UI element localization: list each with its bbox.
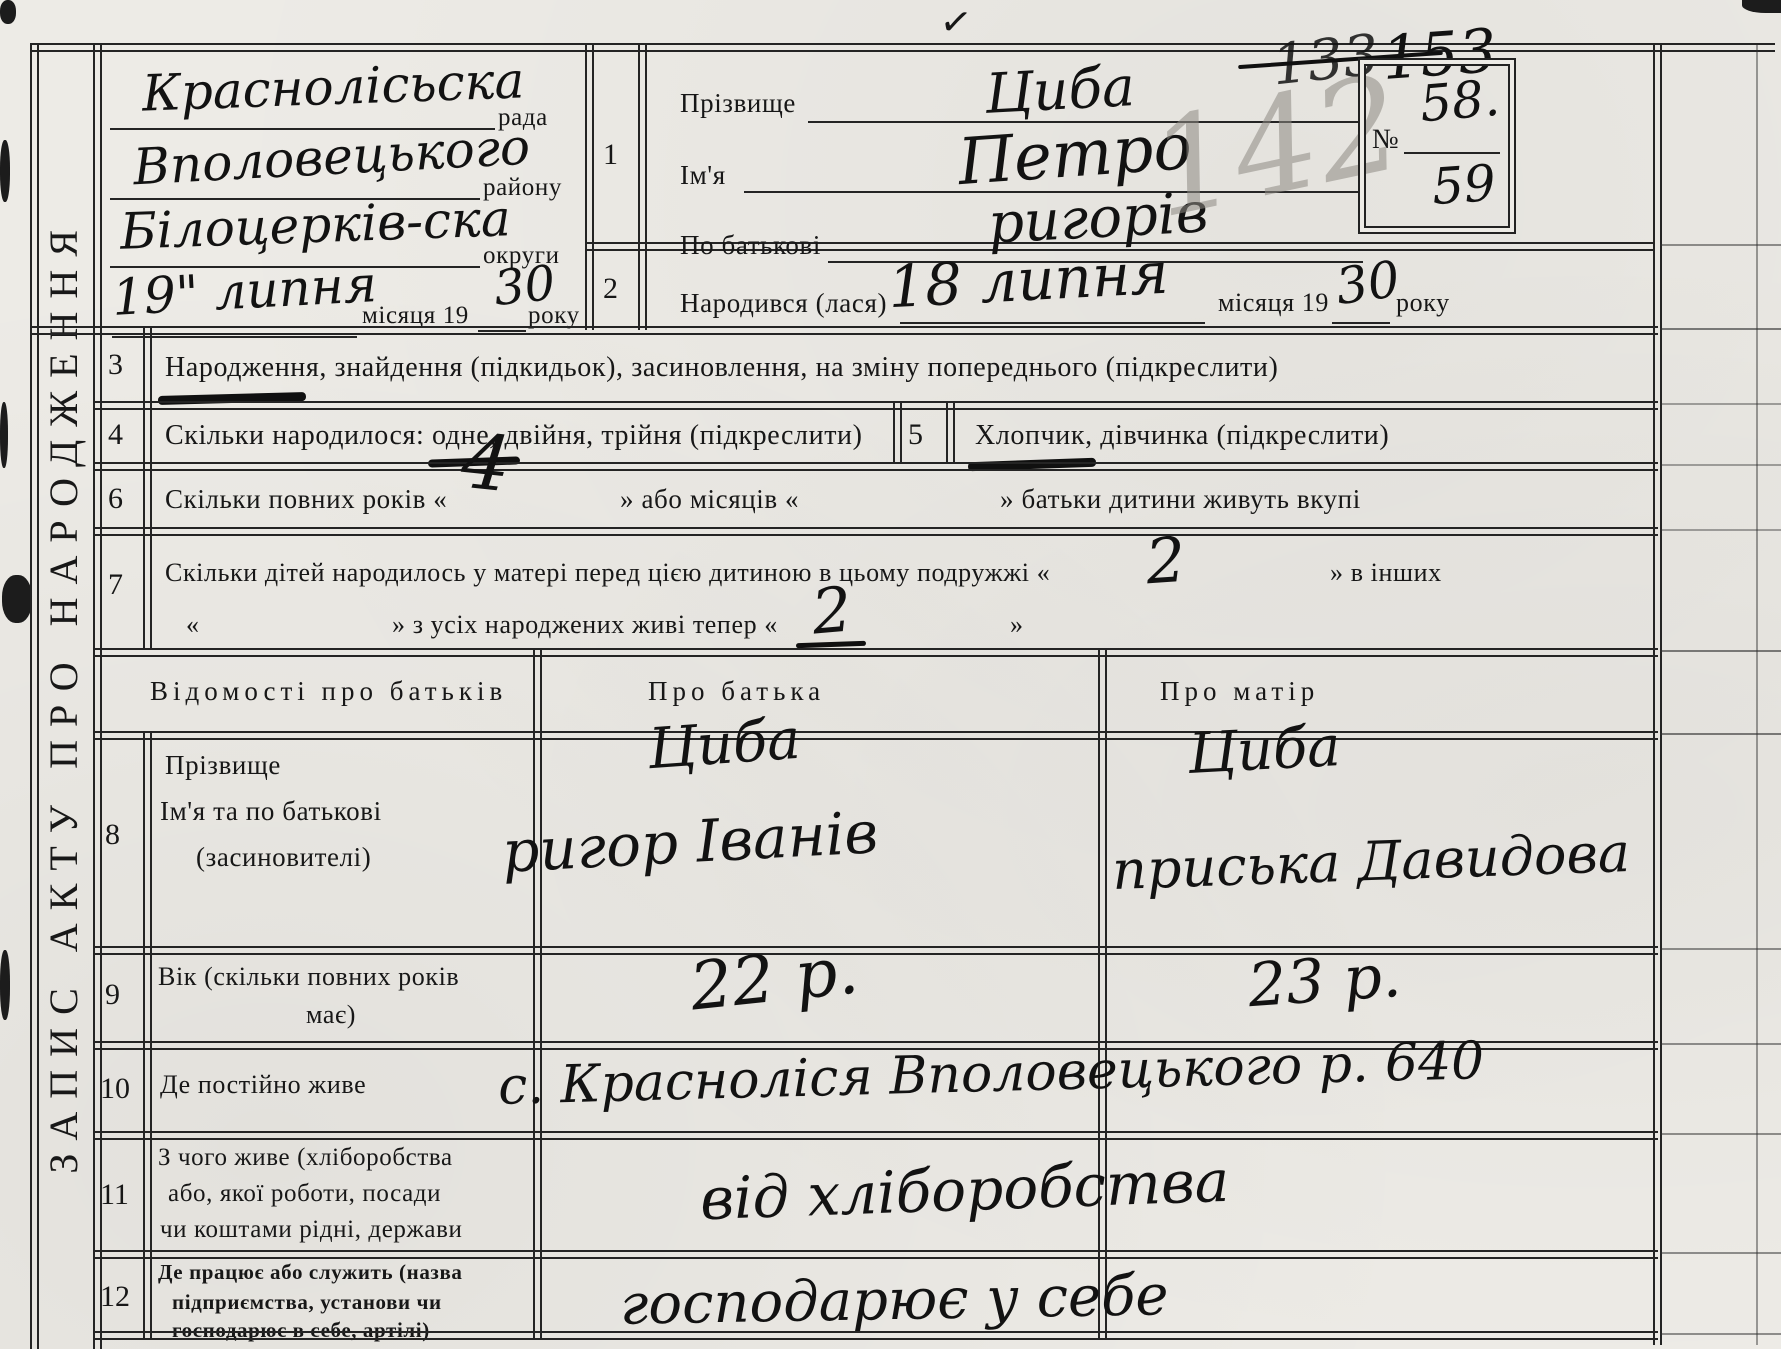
row5-numcol-left	[893, 401, 902, 464]
item1-number: 1	[603, 138, 618, 172]
name-label: Ім'я	[680, 160, 726, 191]
item6-part2: » або місяців «	[620, 484, 799, 515]
item12-label1: Де працює або служить (назва	[158, 1260, 463, 1285]
mother-name: приська Давидова	[1111, 821, 1631, 902]
act-number-bottom: 59	[1430, 154, 1498, 216]
item12-number: 12	[100, 1280, 130, 1314]
row45-stub	[1660, 464, 1781, 466]
registry-rada-value: Краснолісьска	[141, 51, 525, 122]
row12-stub	[1660, 1333, 1781, 1335]
row1-row2-stub	[1660, 244, 1781, 246]
numcol-left	[585, 43, 594, 330]
row6-bottom-line	[93, 527, 1658, 536]
father-surname: Циба	[646, 707, 803, 782]
item7-number: 7	[108, 568, 123, 602]
item3-number: 3	[108, 348, 123, 382]
item8-label2: Ім'я та по батькові	[160, 796, 382, 827]
item2-number: 2	[603, 272, 618, 306]
header-bottom-line	[30, 326, 1658, 335]
row8-stub	[1660, 948, 1781, 950]
page-edge-line	[1756, 45, 1758, 1345]
born-year-value: 30	[1332, 250, 1403, 316]
item12-label2: підприємства, установи чи	[172, 1290, 442, 1315]
born-month-label: місяця 19	[1218, 288, 1329, 318]
item7-alive-value: 2	[809, 572, 855, 648]
row12-bottom-line	[93, 1331, 1658, 1340]
item11-label2: або, якої роботи, посади	[168, 1180, 441, 1208]
born-year-label: року	[1396, 288, 1450, 318]
item4-number: 4	[108, 418, 123, 452]
father-age: 22 р.	[686, 931, 861, 1025]
item11-number: 11	[100, 1178, 129, 1212]
table-header-stub	[1660, 733, 1781, 735]
table-header-info: Відомості про батьків	[150, 676, 507, 707]
table-header-father: Про батька	[648, 676, 825, 707]
item6-years-value: 4	[457, 416, 514, 510]
father-name: ригор Іванів	[500, 798, 879, 886]
scanned-birth-record: ЗАПИС АКТУ ПРО НАРОДЖЕННЯ Краснолісьска …	[0, 0, 1781, 1349]
side-title: ЗАПИС АКТУ ПРО НАРОДЖЕННЯ	[40, 217, 87, 1174]
item7-before-value: 2	[1144, 523, 1188, 599]
scan-speck	[0, 140, 10, 202]
surname-label: Прізвище	[680, 88, 796, 119]
item9-number: 9	[105, 978, 120, 1012]
item7-line2-mid: » з усіх народжених живі тепер «	[392, 610, 778, 640]
item5-number: 5	[908, 418, 923, 452]
item5-rest: , дівчинка (підкреслити)	[1085, 420, 1389, 451]
item3-text: Народження, знайдення (підкидьок), засин…	[165, 352, 1278, 384]
born-label: Народився (лася)	[680, 288, 887, 319]
table-col2-line	[1098, 648, 1107, 1340]
scan-speck	[1742, 0, 1781, 13]
item3-underlined: Народження,	[165, 352, 327, 383]
born-year-line	[1332, 322, 1390, 324]
table-col1-line	[533, 648, 542, 1340]
row11-bottom-line	[93, 1250, 1658, 1259]
row5-numcol-right	[946, 401, 955, 464]
header-bottom-stub	[1660, 328, 1781, 330]
livelihood-value: від хліборобства	[699, 1147, 1230, 1233]
registry-date-value: 19" липня	[111, 255, 378, 327]
row10-bottom-line	[93, 1131, 1658, 1140]
table-header-bottom	[93, 731, 1658, 740]
scan-speck	[0, 0, 16, 24]
item4-rest: , двійня, трійня (підкреслити)	[489, 420, 862, 451]
item3-rest: знайдення (підкидьок), засиновлення, на …	[327, 352, 1278, 383]
item8-label3: (засиновителі)	[196, 842, 371, 873]
item6-part1: Скільки повних років «	[165, 484, 447, 515]
table-top-line	[93, 648, 1658, 657]
mother-surname: Циба	[1186, 714, 1342, 787]
item7-line1: Скільки дітей народилось у матері перед …	[165, 558, 1050, 588]
scan-speck	[0, 950, 10, 1020]
row3-stub	[1660, 403, 1781, 405]
numcol-right	[638, 43, 647, 330]
item7-line2-close: »	[1010, 610, 1024, 640]
scan-speck	[0, 402, 8, 468]
table-header-mother: Про матір	[1160, 676, 1319, 707]
item9-label2: має)	[306, 1000, 356, 1030]
row11-stub	[1660, 1252, 1781, 1254]
item8-label1: Прізвище	[165, 750, 281, 781]
table-numcol-line	[143, 731, 152, 1340]
item10-label: Де постійно живе	[160, 1070, 366, 1100]
born-value: 18 липня	[886, 239, 1170, 322]
side-title-strip: ЗАПИС АКТУ ПРО НАРОДЖЕННЯ	[30, 45, 96, 1345]
rows-numcol-line	[143, 326, 152, 650]
right-border	[1653, 43, 1662, 1345]
row6-stub	[1660, 529, 1781, 531]
act-number-top: 58.	[1418, 69, 1502, 134]
item6-number: 6	[108, 482, 123, 516]
row9-stub	[1660, 1043, 1781, 1045]
scan-speck	[2, 575, 32, 623]
item7-line1-end: » в інших	[1330, 558, 1442, 588]
item8-number: 8	[105, 818, 120, 852]
item5-text: Хлопчик, дівчинка (підкреслити)	[975, 420, 1389, 452]
mother-age: 23 р.	[1246, 941, 1403, 1021]
item10-number: 10	[100, 1072, 130, 1106]
born-fieldline	[900, 322, 1205, 324]
item7-line2-open: «	[186, 610, 200, 640]
row8-bottom-line	[93, 946, 1658, 955]
workplace-value: господарює у себе	[619, 1263, 1169, 1338]
item5-underlined: Хлопчик	[975, 420, 1085, 451]
top-border	[30, 43, 1775, 52]
registry-okruha-value: Білоцерків-ска	[119, 189, 511, 261]
number-box-label: №	[1372, 124, 1399, 156]
row45-bottom-line	[93, 462, 1658, 471]
item11-label1: З чого живе (хліборобства	[158, 1144, 453, 1172]
row10-stub	[1660, 1133, 1781, 1135]
item11-label3: чи коштами рідні, держави	[160, 1216, 462, 1244]
item9-label1: Вік (скільки повних років	[158, 962, 459, 992]
row3-bottom-line	[93, 401, 1658, 410]
table-top-stub	[1660, 650, 1781, 652]
item4-prefix: Скільки народилося:	[165, 420, 432, 451]
check-mark: ✓	[937, 0, 975, 46]
item6-part3: » батьки дитини живуть вкупі	[1000, 484, 1361, 515]
patronymic-label: По батькові	[680, 230, 821, 261]
